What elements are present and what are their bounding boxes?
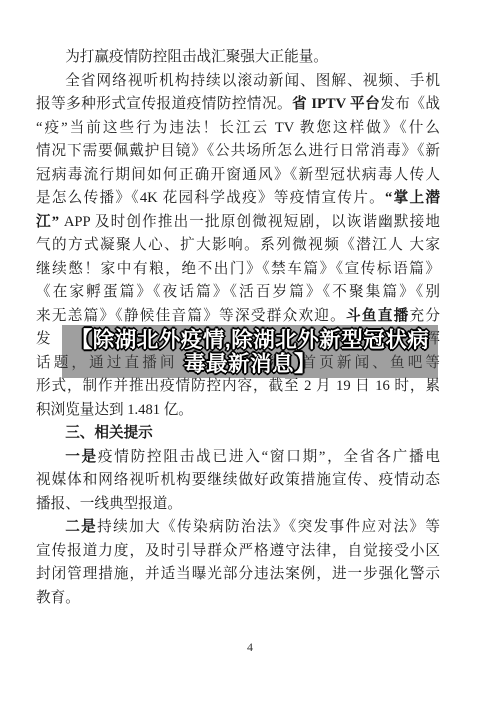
text-line: 播报、一线典型报道。 <box>36 493 440 517</box>
text-line: 教育。 <box>36 587 440 611</box>
headline-text: 【除湖北外疫情,除湖北外新型冠状病 毒最新消息】 <box>71 328 429 376</box>
text-line: 继续憋！家中有粮，绝不出门》《禁车篇》《宣传标语篇》 <box>36 258 440 282</box>
text-line: 封闭管理措施，并适当曝光部分违法案例，进一步强化警示 <box>36 563 440 587</box>
headline-line-2: 毒最新消息】 <box>184 352 316 376</box>
document-page: 为打赢疫情防控阻击战汇聚强大正能量。全省网络视听机构持续以滚动新闻、图解、视频、… <box>0 0 500 706</box>
text-line: 是怎么传播》《4K 花园科学战疫》等疫情宣传片。“掌上潜 <box>36 187 440 211</box>
text-line: “疫”当前这些行为违法！长江云 TV 教您这样做》《什么 <box>36 117 440 141</box>
text-line: 情况下需要佩戴护目镜》《公共场所怎么进行日常消毒》《新 <box>36 140 440 164</box>
text-line: 视媒体和网络视听机构要继续做好政策措施宣传、疫情动态 <box>36 469 440 493</box>
text-line: 冠病毒流行期间如何正确开窗通风》《新型冠状病毒人传人 <box>36 164 440 188</box>
text-line: 报等多种形式宣传报道疫情防控情况。省 IPTV 平台发布《战 <box>36 93 440 117</box>
headline-line-1: 【除湖北外疫情,除湖北外新型冠状病 <box>71 328 429 352</box>
text-line: 积浏览量达到 1.481 亿。 <box>36 399 440 423</box>
text-line: 江” APP 及时创作推出一批原创微视短剧，以诙谐幽默接地 <box>36 211 440 235</box>
text-line: 气的方式凝聚人心、扩大影响。系列微视频《潜江人 大家 <box>36 234 440 258</box>
headline-overlay-banner: 【除湖北外疫情,除湖北外新型冠状病 毒最新消息】 <box>62 325 438 378</box>
text-line: 形式，制作并推出疫情防控内容，截至 2 月 19 日 16 时，累 <box>36 375 440 399</box>
text-line: 《在家孵蛋篇》《夜话篇》《活百岁篇》《不聚集篇》《别 <box>36 281 440 305</box>
text-line: 一是疫情防控阻击战已进入“窗口期”，全省各广播电 <box>36 446 440 470</box>
text-line: 全省网络视听机构持续以滚动新闻、图解、视频、手机 <box>36 70 440 94</box>
text-line: 宣传报道力度，及时引导群众严格遵守法律，自觉接受小区 <box>36 540 440 564</box>
text-line: 为打赢疫情防控阻击战汇聚强大正能量。 <box>36 46 440 70</box>
text-line: 二是持续加大《传染病防治法》《突发事件应对法》等 <box>36 516 440 540</box>
text-line: 三、相关提示 <box>36 422 440 446</box>
page-number: 4 <box>0 640 500 655</box>
